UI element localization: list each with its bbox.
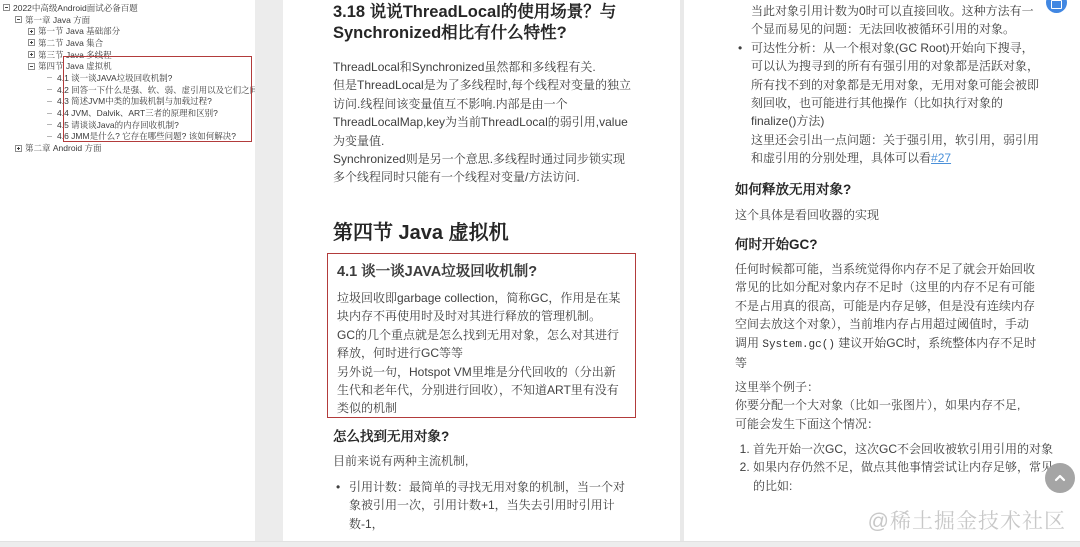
outline-panel: 2022中高级Android面试必备百题 第一章 Java 方面 第一节 Jav… [0,0,255,541]
when-gc-body: 任何时候都可能，当系统觉得你内存不足了就会开始回收 常见的比如分配对象内存不足时… [735,260,1039,372]
tree-item-label: 4.1 谈一谈JAVA垃圾回收机制? [57,72,172,84]
reachability-note: 这里还会引出一点问题：关于强引用，软引用，弱引用和虚引用的分别处理，具体可以看#… [751,131,1039,168]
refcount-continuation-text: 当此对象引用计数为0时可以直接回收。这种方法有一个显而易见的问题：无法回收被循环… [751,2,1039,39]
expand-plus-icon[interactable] [28,39,35,46]
gc-steps-list: 首先开始一次GC，这次GC不会回收被软引用引用的对象 如果内存仍然不足，做点其他… [735,440,1053,495]
tree-item-q46[interactable]: 4.6 JMM是什么? 它存在哪些问题? 该如何解决? [0,131,255,143]
tree-item-label: 4.3 简述JVM中类的加载机制与加载过程? [57,96,212,108]
expand-plus-icon[interactable] [28,51,35,58]
tree-item-q42[interactable]: 4.2 回答一下什么是强、软、弱、虚引用以及它们之间的区别? [0,84,255,96]
tree-item-chapter2[interactable]: 第二章 Android 方面 [0,142,255,154]
document-viewer-window: 2022中高级Android面试必备百题 第一章 Java 方面 第一节 Jav… [0,0,1080,547]
question-318-title: 3.18 说说ThreadLocal的使用场景？与Synchronized相比有… [333,2,639,44]
expand-plus-icon[interactable] [28,28,35,35]
tree-item-q43[interactable]: 4.3 简述JVM中类的加载机制与加载过程? [0,96,255,108]
collapse-minus-icon[interactable] [28,63,35,70]
bookmark-tree: 2022中高级Android面试必备百题 第一章 Java 方面 第一节 Jav… [0,2,255,154]
tree-item-section1[interactable]: 第一节 Java 基础部分 [0,25,255,37]
scroll-to-top-button[interactable] [1045,463,1075,493]
collapse-minus-icon[interactable] [15,16,22,23]
tree-item-section3[interactable]: 第三节 Java 多线程 [0,49,255,61]
system-gc-code: System.gc() [762,339,835,351]
tree-item-label: 2022中高级Android面试必备百题 [13,2,138,14]
release-body: 这个具体是看回收器的实现 [735,206,1039,224]
chevron-up-icon [1053,471,1067,485]
issue-27-link[interactable]: #27 [931,151,951,165]
reachability-note-text: 这里还会引出一点问题：关于强引用，软引用，弱引用和虚引用的分别处理，具体可以看 [751,133,1039,165]
translate-glyph [1051,0,1062,9]
tree-item-label: 第一节 Java 基础部分 [38,25,120,37]
tree-item-chapter1[interactable]: 第一章 Java 方面 [0,14,255,26]
tree-item-root[interactable]: 2022中高级Android面试必备百题 [0,2,255,14]
find-unused-heading: 怎么找到无用对象? [333,425,449,445]
tree-item-section2[interactable]: 第二节 Java 集合 [0,37,255,49]
tree-item-label: 4.2 回答一下什么是强、软、弱、虚引用以及它们之间的区别? [57,84,255,96]
bottom-scrollbar-track[interactable] [0,541,1080,547]
collapse-minus-icon[interactable] [3,4,10,11]
gc-step-1: 首先开始一次GC，这次GC不会回收被软引用引用的对象 [753,440,1053,458]
tree-item-label: 4.4 JVM、Dalvik、ART三者的原理和区别? [57,107,218,119]
example-intro: 这里举个例子： 你要分配一个大对象（比如一张图片），如果内存不足, 可能会发生下… [735,378,1039,433]
document-page-left: 3.18 说说ThreadLocal的使用场景？与Synchronized相比有… [283,0,680,541]
panel-gutter [255,0,283,541]
tree-item-section4[interactable]: 第四节 Java 虚拟机 [0,60,255,72]
tree-item-q41[interactable]: 4.1 谈一谈JAVA垃圾回收机制? [0,72,255,84]
document-page-right: 当此对象引用计数为0时可以直接回收。这种方法有一个显而易见的问题：无法回收被循环… [684,0,1080,541]
tree-item-label: 第二章 Android 方面 [25,142,102,154]
section-4-title: 第四节 Java 虚拟机 [333,216,639,245]
tree-item-label: 4.5 请谈谈Java的内存回收机制? [57,119,179,131]
tree-item-label: 第三节 Java 多线程 [38,49,112,61]
find-unused-intro: 目前来说有两种主流机制, [333,452,635,470]
highlight-box-q41: 4.1 谈一谈JAVA垃圾回收机制? 垃圾回收即garbage collecti… [327,253,636,418]
gc-list-continuation: 当此对象引用计数为0时可以直接回收。这种方法有一个显而易见的问题：无法回收被循环… [735,2,1039,168]
gc-step-2: 如果内存仍然不足，做点其他事情尝试让内存足够，常见的比如: [753,458,1053,495]
tree-item-label: 第一章 Java 方面 [25,14,90,26]
question-41-title: 4.1 谈一谈JAVA垃圾回收机制? [337,260,627,281]
release-heading: 如何释放无用对象? [735,178,851,198]
tree-item-label: 第二节 Java 集合 [38,37,103,49]
bullet-refcount: 引用计数：最简单的寻找无用对象的机制，当一个对象被引用一次，引用计数+1，当失去… [333,478,631,533]
expand-plus-icon[interactable] [15,145,22,152]
question-318-body: ThreadLocal和Synchronized虽然都和多线程有关. 但是Thr… [333,58,635,187]
question-41-body: 垃圾回收即garbage collection，简称GC，作用是在某块内存不再使… [337,289,627,418]
tree-item-label: 4.6 JMM是什么? 它存在哪些问题? 该如何解决? [57,131,236,143]
bullet-reachability: 可达性分析：从一个根对象(GC Root)开始向下搜寻，可以认为搜寻到的所有有强… [735,39,1039,131]
watermark-text: @稀土掘金技术社区 [868,505,1066,535]
tree-item-label: 第四节 Java 虚拟机 [38,60,112,72]
when-gc-heading: 何时开始GC? [735,233,818,253]
tree-item-q44[interactable]: 4.4 JVM、Dalvik、ART三者的原理和区别? [0,107,255,119]
tree-item-q45[interactable]: 4.5 请谈谈Java的内存回收机制? [0,119,255,131]
